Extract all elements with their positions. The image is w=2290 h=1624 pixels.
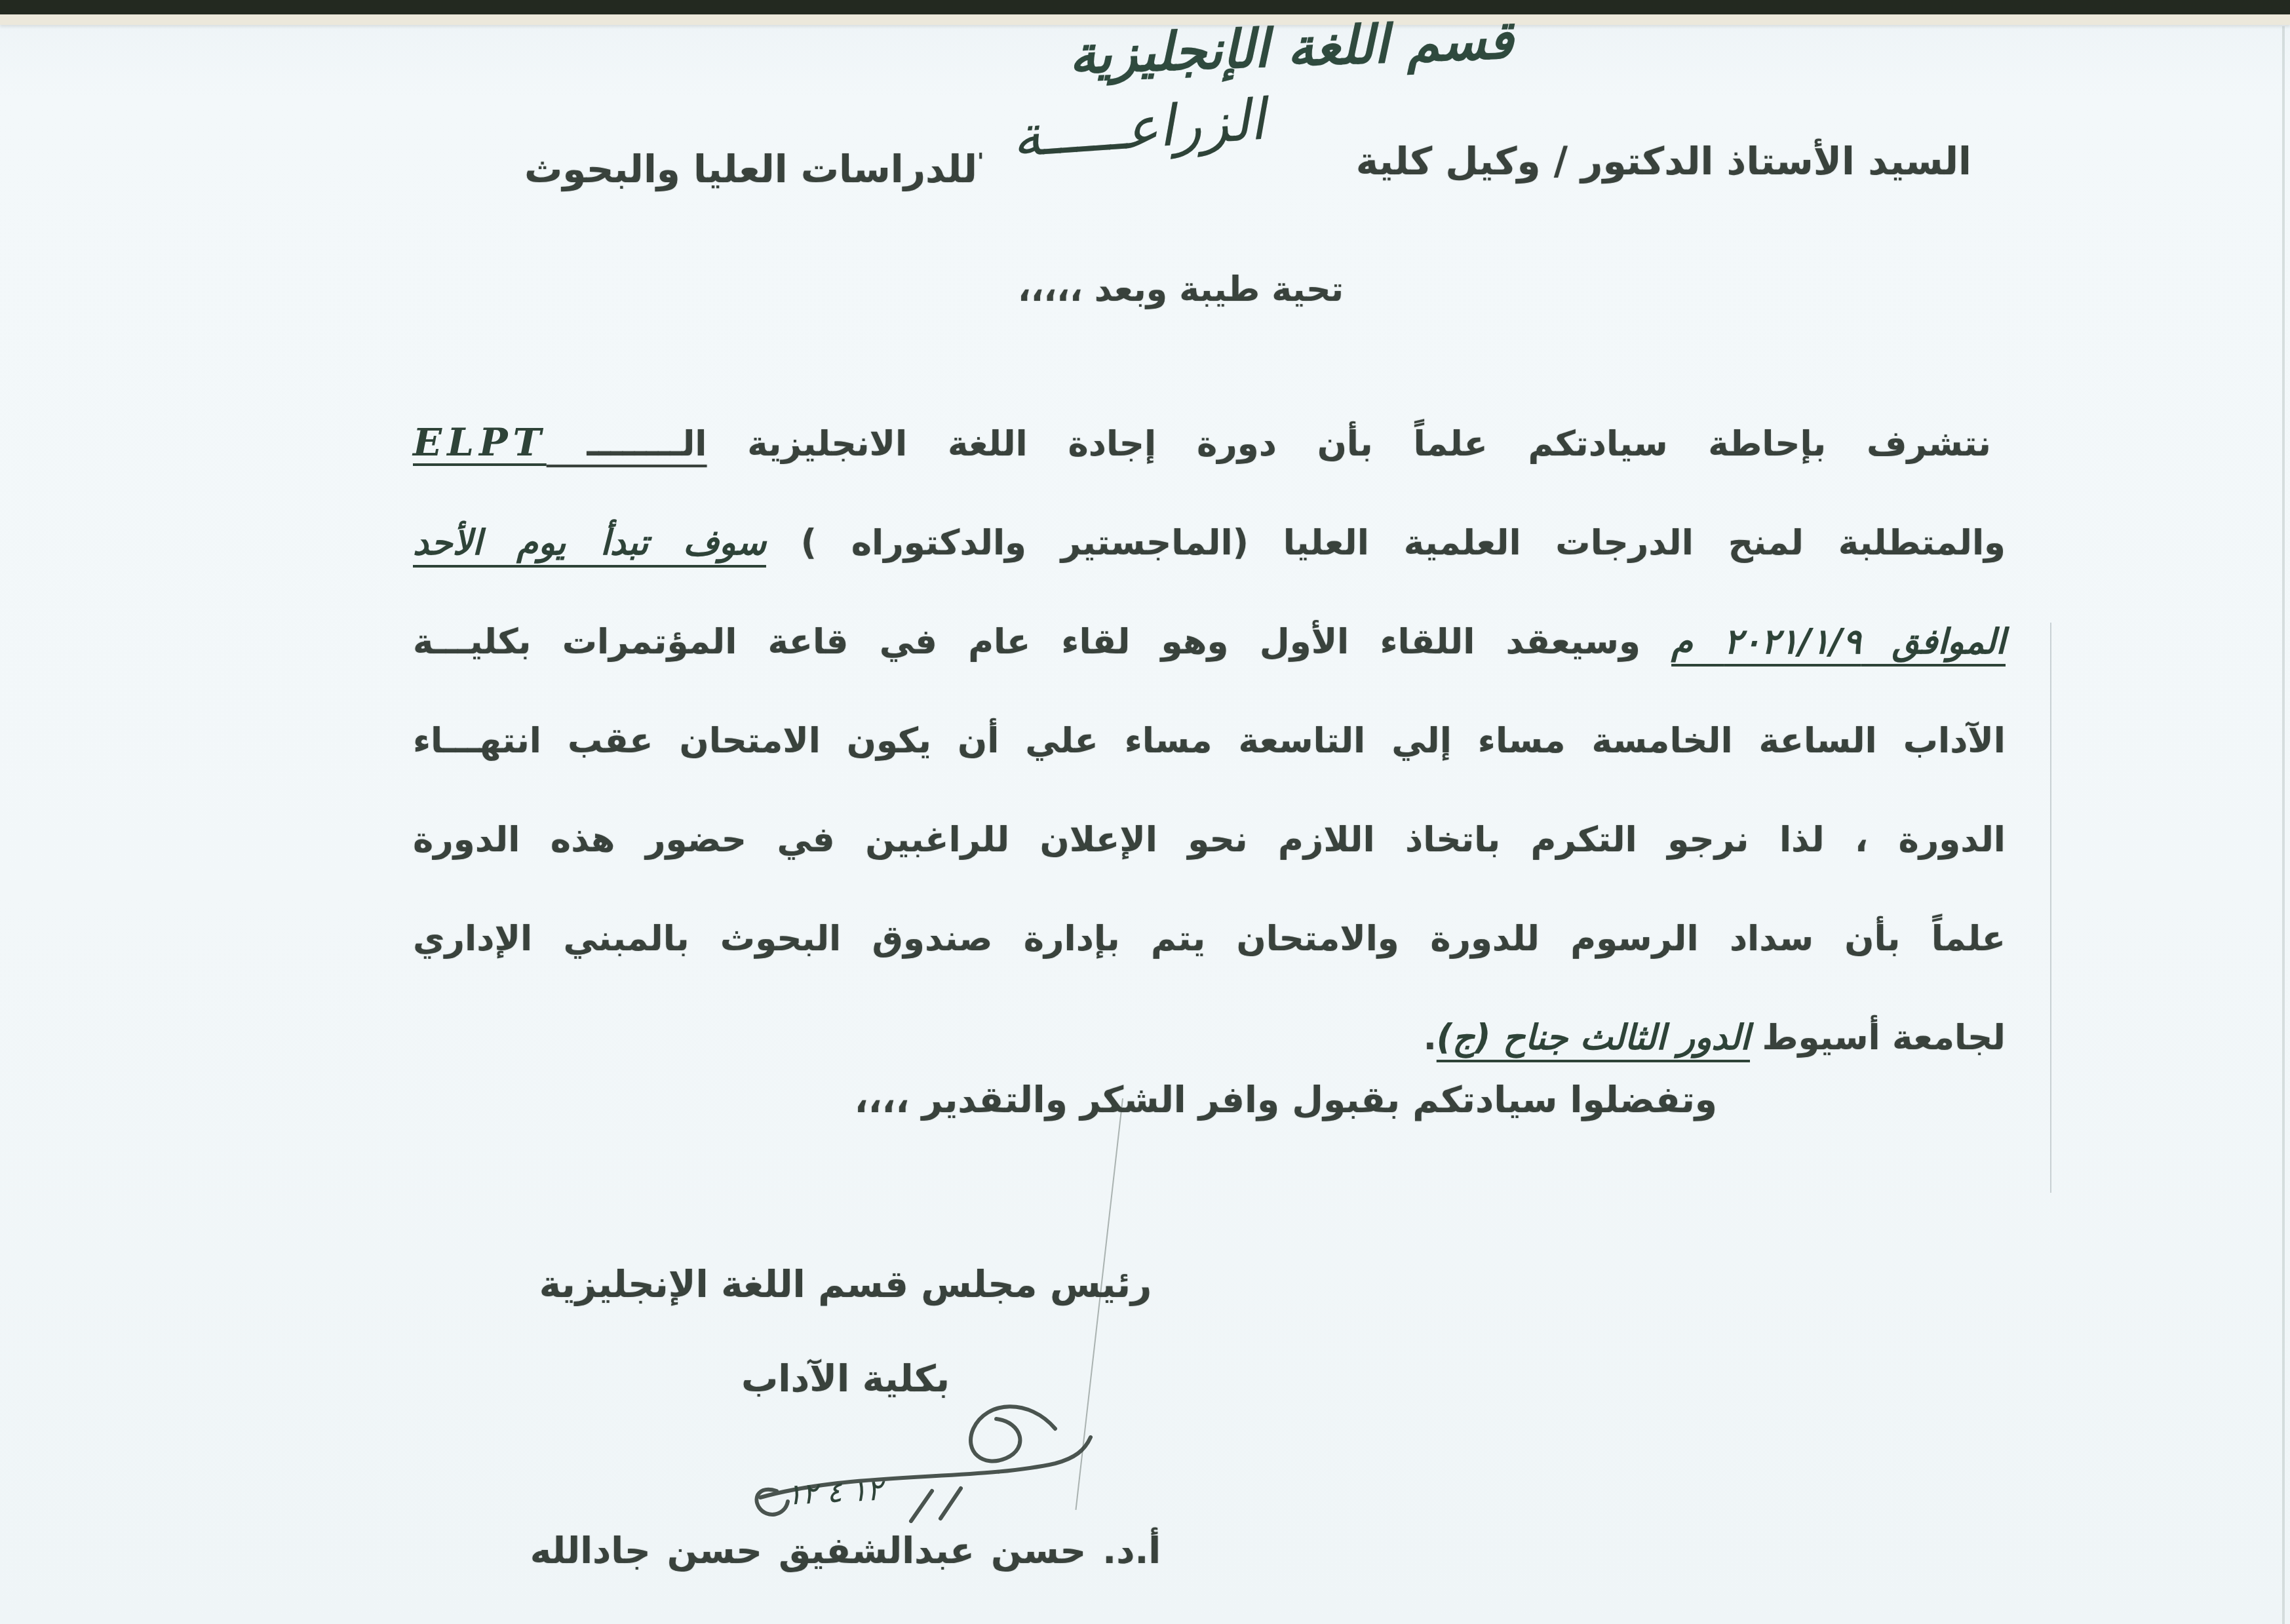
handwritten-text: سوف تبدأ يوم الأحد: [413, 523, 766, 563]
printed-text: والمتطلبة لمنح الدرجات العلمية العليا (ا…: [766, 523, 2006, 563]
body-line: والمتطلبة لمنح الدرجات العلمية العليا (ا…: [413, 493, 2006, 592]
printed-text: الآداب الساعة الخامسة مساء إلي التاسعة م…: [413, 721, 2006, 761]
greeting-line: تحية طيبة وبعد ،،،،،: [1018, 270, 1344, 309]
body-line: لجامعة أسيوط الدور الثالث جناح (ج).: [413, 988, 2006, 1087]
handwritten-text: ٢٠٢١/١/٩: [1724, 622, 1861, 662]
handwritten-text: الموافق: [1861, 622, 2006, 662]
printed-text: .: [1424, 1018, 1437, 1058]
handwritten-text: ELPT: [413, 420, 547, 465]
body-paragraph: نتشرف بإحاطة سيادتكم علماً بأن دورة إجاد…: [413, 393, 2006, 1087]
printed-text: لجامعة أسيوط: [1750, 1018, 2006, 1058]
addressee-line: السيد الأستاذ الدكتور / وكيل كلية: [1356, 139, 1971, 184]
closing-line: وتفضلوا سيادتكم بقبول وافر الشكر والتقدي…: [855, 1079, 1717, 1121]
signature-handwritten-numbers: ١٢ ٤ ١٢: [786, 1473, 883, 1512]
scanned-letter: قسم اللغة الإنجليزية السيد الأستاذ الدكت…: [0, 0, 2290, 1624]
addressee-suffix-text: للدراسات العليا والبحوث: [524, 147, 977, 191]
printed-text: الدورة ، لذا نرجو التكرم باتخاذ اللازم ن…: [413, 820, 2006, 860]
handwritten-text: م: [1671, 622, 1724, 662]
printed-text: وسيعقد اللقاء الأول وهو لقاء عام في قاعة…: [413, 622, 1671, 662]
addressee-suffix: 'للدراسات العليا والبحوث: [524, 147, 984, 191]
printed-text: الــــــــ: [547, 424, 707, 464]
printed-text: علماً بأن سداد الرسوم للدورة والامتحان ي…: [413, 919, 2006, 959]
body-line: الدورة ، لذا نرجو التكرم باتخاذ اللازم ن…: [413, 790, 2006, 889]
handwritten-signature: [714, 1393, 1108, 1530]
printed-text: نتشرف بإحاطة سيادتكم علماً بأن دورة إجاد…: [707, 424, 1992, 464]
fold-crease-vertical: [2050, 623, 2051, 1193]
paper-right-edge: [2282, 26, 2285, 1624]
scanner-edge-strip: [0, 0, 2290, 14]
body-line: الآداب الساعة الخامسة مساء إلي التاسعة م…: [413, 691, 2006, 790]
body-line: علماً بأن سداد الرسوم للدورة والامتحان ي…: [413, 889, 2006, 988]
body-line: الموافق ٢٠٢١/١/٩ م وسيعقد اللقاء الأول و…: [413, 592, 2006, 691]
handwritten-text: الدور الثالث جناح (ج): [1437, 1018, 1750, 1058]
signature-title-line1: رئيس مجلس قسم اللغة الإنجليزية: [531, 1264, 1160, 1306]
signatory-name: أ.د. حسن عبدالشفيق حسن جادالله: [505, 1530, 1186, 1572]
faculty-name-handwritten: الزراعـــــة: [1010, 87, 1267, 170]
stray-ink-mark: ': [977, 149, 984, 175]
body-line: نتشرف بإحاطة سيادتكم علماً بأن دورة إجاد…: [413, 393, 2006, 493]
